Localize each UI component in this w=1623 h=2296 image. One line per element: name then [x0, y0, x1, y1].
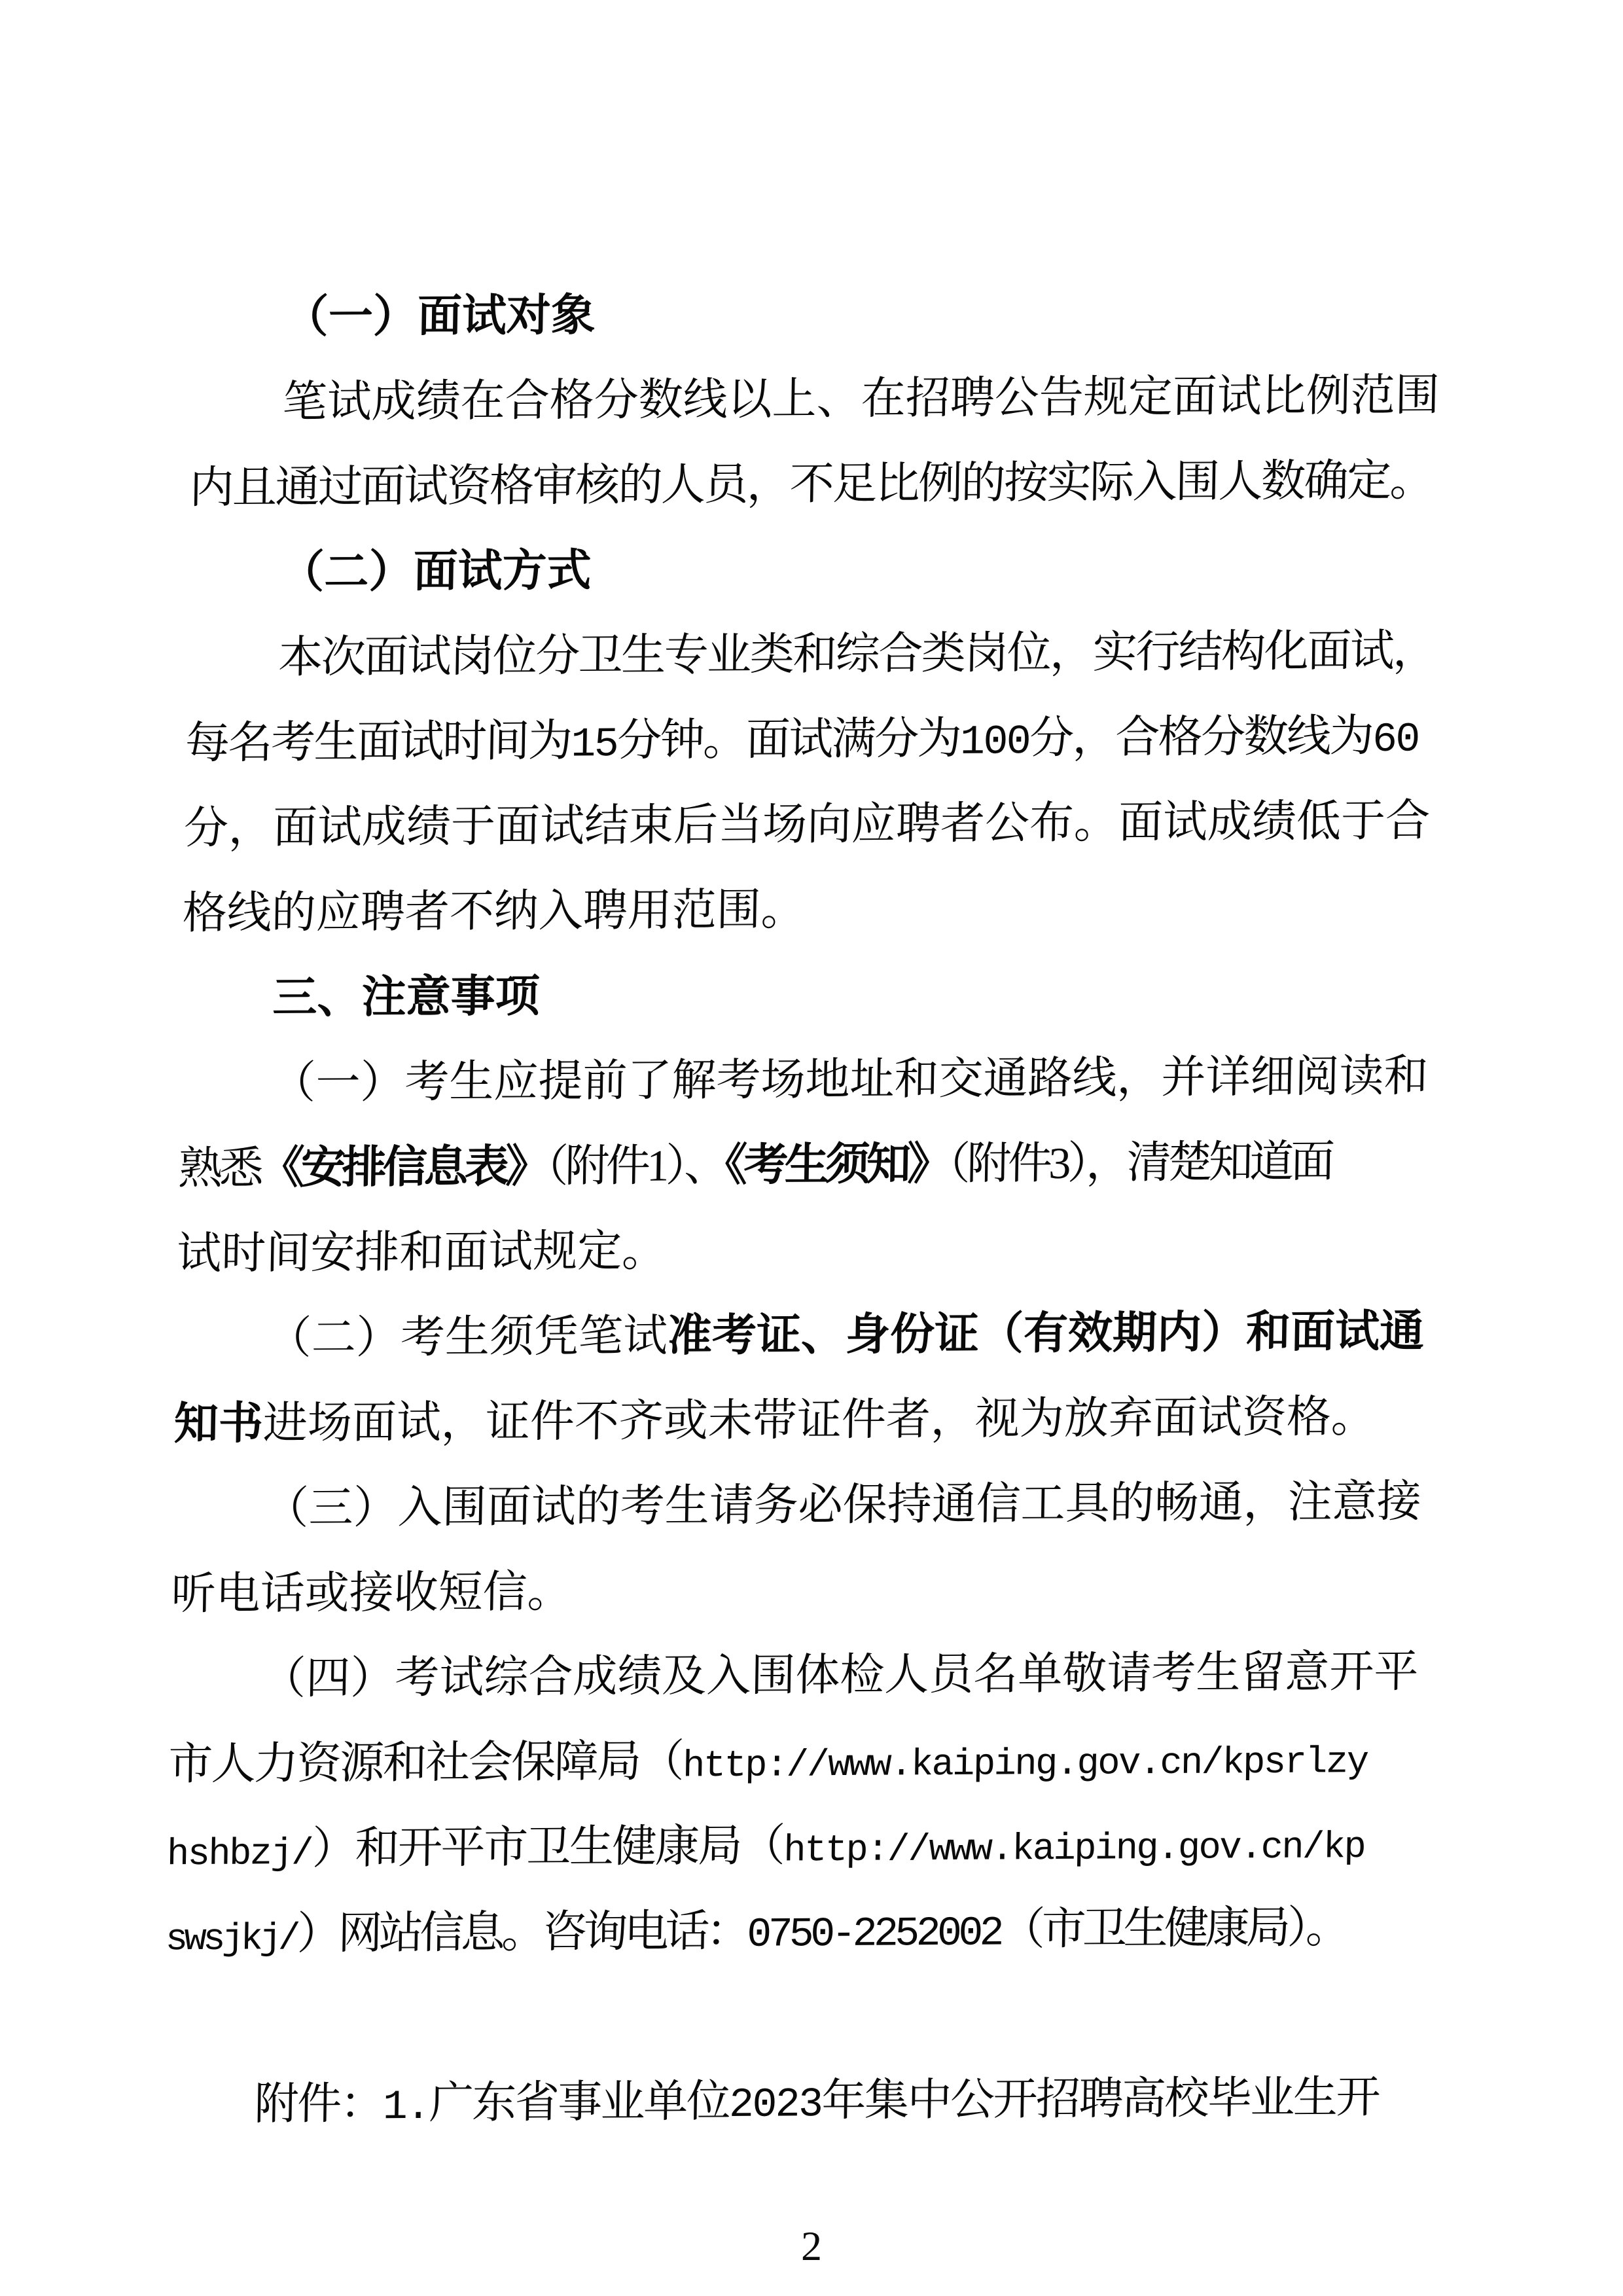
body-text: （四）考试综合成绩及入围体检人员名单敬请考生留意开平	[261, 1647, 1419, 1704]
heading-notes: 三、注意事项	[181, 948, 1432, 1041]
heading-text: （二）面试方式	[279, 545, 592, 597]
doc-line: （三）入围面试的考生请务必保持通信工具的畅通，注意接	[172, 1459, 1423, 1552]
body-text: （三）入围面试的考生请务必保持通信工具的畅通，注意接	[264, 1477, 1421, 1534]
required-documents-text: 知书	[173, 1398, 263, 1448]
doc-line: 内且通过面试资格审核的人员，不足比例的按实际入围人数确定。	[189, 437, 1440, 530]
heading-text: 三、注意事项	[272, 971, 540, 1023]
body-text: 每名考生面试时间为	[185, 715, 572, 768]
body-text: ）和开平市卫生健康局（	[312, 1821, 784, 1873]
url-text-health: swsjkj/	[165, 1918, 297, 1961]
doc-line: hshbzj/）和开平市卫生健康局（http://www.kaiping.gov…	[166, 1799, 1418, 1892]
doc-line: 笔试成绩在合格分数线以上、在招聘公告规定面试比例范围	[190, 352, 1442, 445]
doc-line: 听电话或接收短信。	[171, 1544, 1422, 1637]
doc-line: 分，面试成绩于面试结束后当场向应聘者公布。面试成绩低于合	[183, 778, 1435, 870]
doc-line: 每名考生面试时间为15分钟。面试满分为100分，合格分数线为60	[185, 692, 1436, 785]
doc-line: （一）考生应提前了解考场地址和交通路线，并详细阅读和	[179, 1033, 1430, 1126]
body-text: 听电话或接收短信。	[171, 1566, 572, 1619]
body-text: 试时间安排和面试规定。	[177, 1226, 667, 1279]
attachments-line: 附件：1.广东省事业单位2023年集中公开招聘高校毕业生开	[162, 2054, 1414, 2147]
body-text: （附件3），	[948, 1138, 1127, 1189]
required-documents-text: 准考证、身份证（有效期内）和面试通	[667, 1306, 1424, 1361]
attachments-text: 广东省事业单位	[429, 2076, 730, 2128]
doc-line: 试时间安排和面试规定。	[176, 1204, 1427, 1297]
body-text: 笔试成绩在合格分数线以上、在招聘公告规定面试比例范围	[282, 370, 1440, 427]
body-text: 熟悉	[178, 1143, 260, 1193]
page-number: 2	[0, 2222, 1623, 2270]
body-text: （一）考生应提前了解考场地址和交通路线，并详细阅读和	[271, 1050, 1429, 1107]
doc-line: （二）考生须凭笔试准考证、身份证（有效期内）和面试通	[175, 1289, 1426, 1382]
url-text-health: http://www.kaiping.gov.cn/kp	[783, 1827, 1365, 1872]
body-text: （市卫生健康局）。	[1000, 1902, 1347, 1954]
attachments-text: 年集中公开招聘高校毕业生开	[821, 2072, 1380, 2125]
body-text: 内且通过面试资格审核的人员，不足比例的按实际入围人数确定。	[189, 455, 1433, 512]
doc-line: 熟悉《安排信息表》（附件1）、《考生须知》（附件3），清楚知道面	[177, 1118, 1429, 1211]
doc-line: 本次面试岗位分卫生专业类和综合类岗位，实行结构化面试，	[186, 607, 1437, 700]
heading-text: （一）面试对象	[283, 290, 596, 342]
url-text-hrss: http://www.kaiping.gov.cn/kpsrlzy	[683, 1742, 1368, 1787]
blank-line	[164, 1969, 1415, 2062]
doc-line: 市人力资源和社会保障局（http://www.kaiping.gov.cn/kp…	[168, 1714, 1419, 1807]
body-text: 格线的应聘者不纳入聘用范围。	[182, 884, 806, 938]
heading-interview-target: （一）面试对象	[192, 267, 1443, 360]
attachment-index: 1.	[382, 2084, 429, 2130]
body-text: 进场面试，证件不齐或未带证件者，视为放弃面试资格。	[262, 1391, 1376, 1448]
doc-line: （四）考试综合成绩及入围体检人员名单敬请考生留意开平	[169, 1629, 1420, 1722]
body-text: 清楚知道面	[1126, 1136, 1332, 1187]
attachment-3-title: 《考生须知》	[724, 1139, 948, 1190]
doc-line: 格线的应聘者不纳入聘用范围。	[182, 863, 1433, 956]
document-body: （一）面试对象 笔试成绩在合格分数线以上、在招聘公告规定面试比例范围 内且通过面…	[162, 267, 1443, 2147]
phone-number: 0750-2252002	[747, 1910, 1001, 1958]
url-text-hrss: hshbzj/	[166, 1833, 312, 1876]
full-score-value: 100	[960, 719, 1030, 766]
body-text: 市人力资源和社会保障局（	[168, 1736, 683, 1789]
body-text: 分钟。面试满分为	[617, 713, 961, 765]
body-text: ）网站信息。咨询电话：	[296, 1906, 747, 1958]
attachments-label: 附件：	[254, 2078, 383, 2128]
heading-interview-method: （二）面试方式	[187, 522, 1438, 615]
document-page: （一）面试对象 笔试成绩在合格分数线以上、在招聘公告规定面试比例范围 内且通过面…	[0, 0, 1623, 2296]
doc-line: 知书进场面试，证件不齐或未带证件者，视为放弃面试资格。	[173, 1374, 1425, 1467]
body-text: （附件1）、	[546, 1140, 725, 1191]
doc-line: swsjkj/）网站信息。咨询电话：0750-2252002（市卫生健康局）。	[165, 1884, 1416, 1977]
minutes-value: 15	[571, 721, 618, 768]
attachment-year: 2023	[729, 2081, 822, 2128]
body-text: 分，面试成绩于面试结束后当场向应聘者公布。面试成绩低于合	[183, 795, 1430, 853]
body-text: 本次面试岗位分卫生专业类和综合类岗位，实行结构化面试，	[278, 625, 1436, 682]
pass-score-value: 60	[1372, 717, 1419, 763]
attachment-1-title: 《安排信息表》	[260, 1141, 547, 1193]
body-text: 分，合格分数线为	[1029, 711, 1373, 762]
body-text: （二）考生须凭笔试	[266, 1311, 668, 1363]
